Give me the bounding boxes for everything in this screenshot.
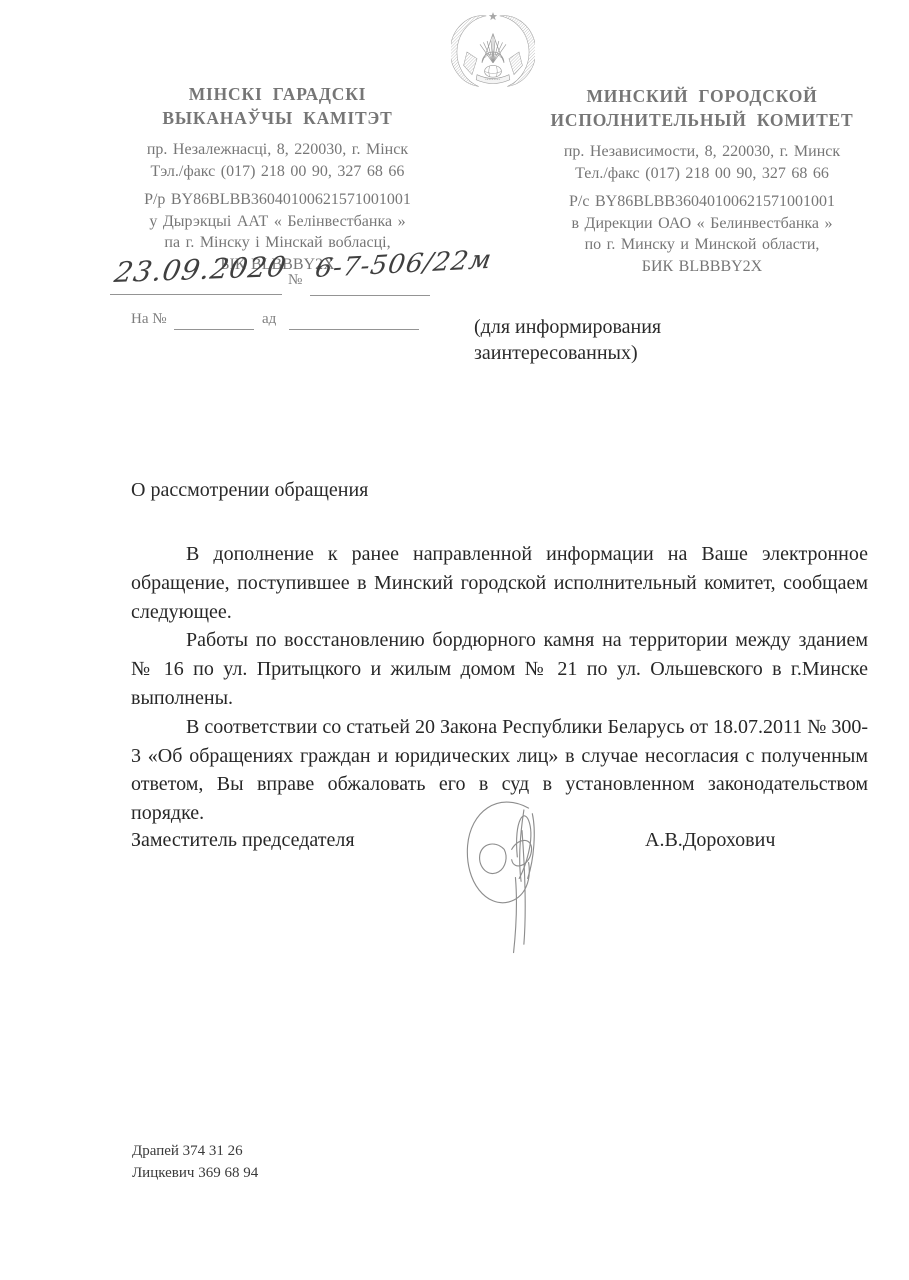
reply-to-rule xyxy=(174,329,254,330)
body-paragraph-1: В дополнение к ранее направленной информ… xyxy=(131,540,868,626)
distribution-note: (для информирования заинтересованных) xyxy=(474,314,774,366)
scanned-letter-page: МІНСКІ ГАРАДСКІ ВЫКАНАЎЧЫ КАМІТЭТ пр. Не… xyxy=(0,0,909,1280)
reply-to-label: На № xyxy=(131,311,167,328)
date-rule xyxy=(110,294,282,295)
handwritten-signature-icon xyxy=(446,790,568,966)
org-account-ru: Р/с BY86BLBB36040100621571001001 в Дирек… xyxy=(520,191,884,277)
handwritten-date: 23.09.2020 xyxy=(112,250,289,289)
signer-position-title: Заместитель председателя xyxy=(131,829,355,852)
executor-contacts: Драпей 374 31 26 Лицкевич 369 68 94 xyxy=(132,1140,258,1184)
distribution-note-line1: (для информирования xyxy=(474,314,774,340)
org-name-ru: МИНСКИЙ ГОРОДСКОЙ ИСПОЛНИТЕЛЬНЫЙ КОМИТЕТ xyxy=(520,84,884,132)
bank-line-ru: в Дирекции ОАО « Белинвестбанка » xyxy=(520,213,884,235)
executor-contact-2: Лицкевич 369 68 94 xyxy=(132,1162,258,1184)
org-address-ru: пр. Независимости, 8, 220030, г. Минск Т… xyxy=(520,141,884,185)
phone-line-by: Тэл./факс (017) 218 00 90, 327 68 66 xyxy=(100,161,455,183)
region-line-ru: по г. Минску и Минской области, xyxy=(520,234,884,256)
from-label: ад xyxy=(262,311,276,328)
org-name-by-line2: ВЫКАНАЎЧЫ КАМІТЭТ xyxy=(100,106,455,130)
from-rule xyxy=(289,329,419,330)
bank-line-by: у Дырэкцыі ААТ « Белінвестбанка » xyxy=(100,211,455,233)
executor-contact-1: Драпей 374 31 26 xyxy=(132,1140,258,1162)
letter-body: В дополнение к ранее направленной информ… xyxy=(131,540,868,828)
org-name-by: МІНСКІ ГАРАДСКІ ВЫКАНАЎЧЫ КАМІТЭТ xyxy=(100,82,455,130)
number-sign-label: № xyxy=(288,272,302,289)
address-line-ru: пр. Независимости, 8, 220030, г. Минск xyxy=(520,141,884,163)
phone-line-ru: Тел./факс (017) 218 00 90, 327 68 66 xyxy=(520,163,884,185)
address-line-by: пр. Незалежнасці, 8, 220030, г. Мінск xyxy=(100,139,455,161)
account-line-ru: Р/с BY86BLBB36040100621571001001 xyxy=(520,191,884,213)
bik-line-ru: БИК BLBBBY2X xyxy=(520,256,884,278)
letterhead-belarusian: МІНСКІ ГАРАДСКІ ВЫКАНАЎЧЫ КАМІТЭТ пр. Не… xyxy=(100,82,455,275)
letterhead-russian: МИНСКИЙ ГОРОДСКОЙ ИСПОЛНИТЕЛЬНЫЙ КОМИТЕТ… xyxy=(520,84,884,277)
org-address-by: пр. Незалежнасці, 8, 220030, г. Мінск Тэ… xyxy=(100,139,455,183)
org-name-ru-line2: ИСПОЛНИТЕЛЬНЫЙ КОМИТЕТ xyxy=(520,108,884,132)
belarus-coat-of-arms-icon xyxy=(451,10,535,94)
number-rule xyxy=(310,295,430,296)
org-name-by-line1: МІНСКІ ГАРАДСКІ xyxy=(100,82,455,106)
account-line-by: Р/р BY86BLBB36040100621571001001 xyxy=(100,189,455,211)
signer-name: А.В.Дорохович xyxy=(645,829,775,852)
subject-line: О рассмотрении обращения xyxy=(131,479,368,502)
org-name-ru-line1: МИНСКИЙ ГОРОДСКОЙ xyxy=(520,84,884,108)
body-paragraph-2: Работы по восстановлению бордюрного камн… xyxy=(131,626,868,712)
distribution-note-line2: заинтересованных) xyxy=(474,340,774,366)
